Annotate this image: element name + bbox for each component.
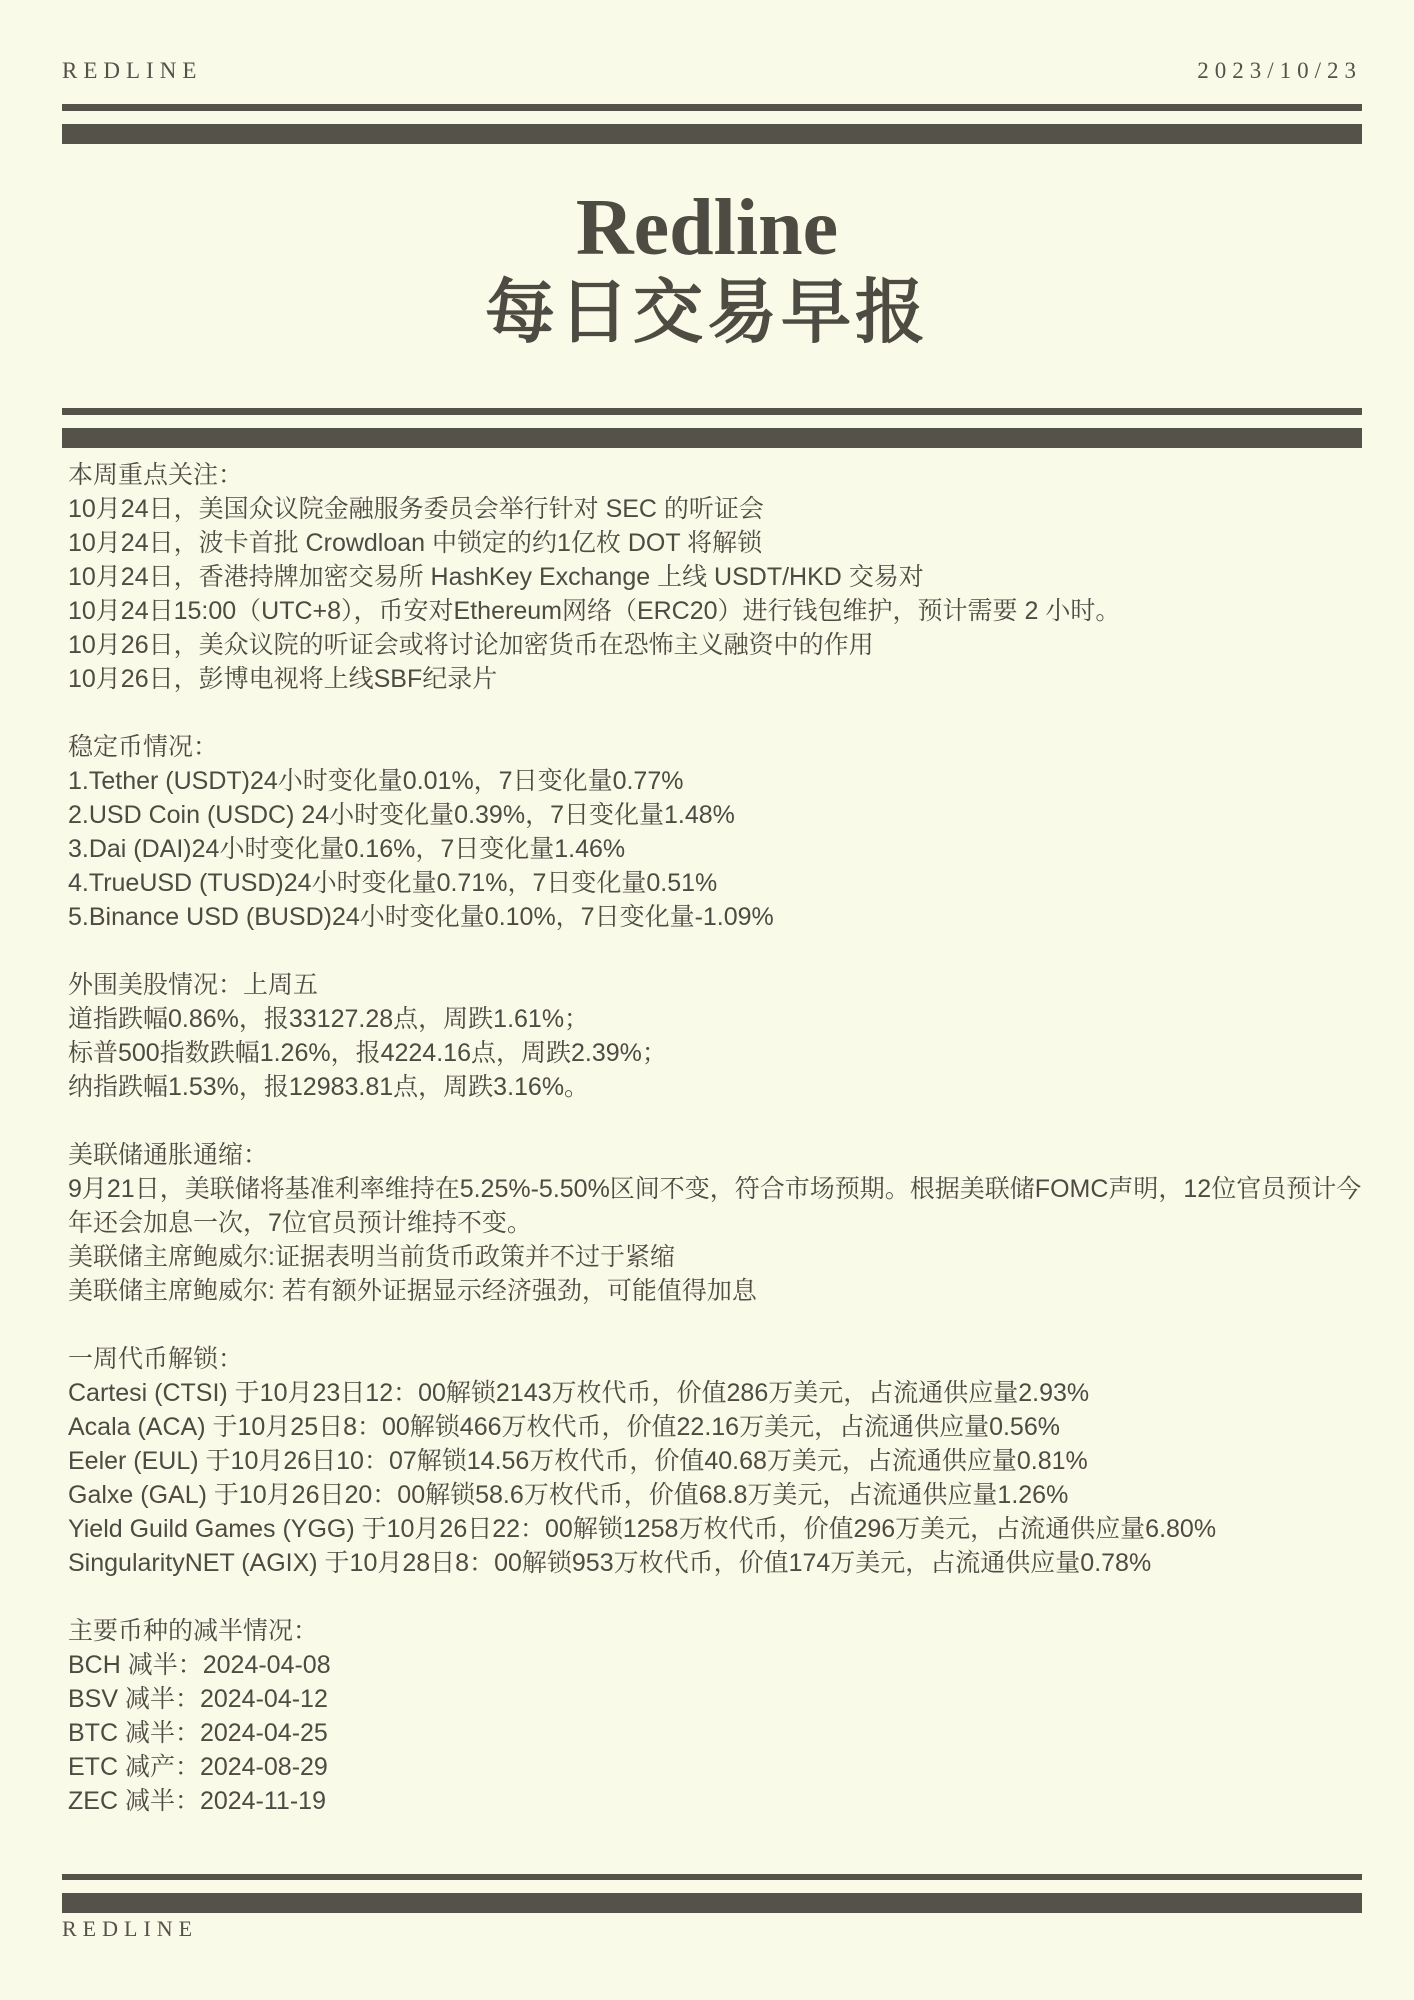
body-line: 10月24日，波卡首批 Crowdloan 中锁定的约1亿枚 DOT 将解锁 — [68, 526, 1362, 560]
body-line: Galxe (GAL) 于10月26日20：00解锁58.6万枚代币，价值68.… — [68, 1478, 1362, 1512]
title-block: Redline 每日交易早报 — [0, 186, 1414, 354]
body-line: 标普500指数跌幅1.26%，报4224.16点，周跌2.39%； — [68, 1036, 1362, 1070]
body-line: 5.Binance USD (BUSD)24小时变化量0.10%，7日变化量-1… — [68, 900, 1362, 934]
body-line: 道指跌幅0.86%，报33127.28点，周跌1.61%； — [68, 1002, 1362, 1036]
section-heading: 主要币种的减半情况： — [68, 1614, 1362, 1648]
divider-bar-thick-top — [62, 124, 1362, 144]
body-line: ETC 减产：2024-08-29 — [68, 1750, 1362, 1784]
body-line: BCH 减半：2024-04-08 — [68, 1648, 1362, 1682]
page-title: Redline — [0, 186, 1414, 270]
body-line: 10月24日15:00（UTC+8），币安对Ethereum网络（ERC20）进… — [68, 594, 1362, 628]
report-section: 美联储通胀通缩：9月21日，美联储将基准利率维持在5.25%-5.50%区间不变… — [68, 1138, 1362, 1308]
divider-bar-thin-top — [62, 104, 1362, 111]
body-line: Acala (ACA) 于10月25日8：00解锁466万枚代币，价值22.16… — [68, 1410, 1362, 1444]
body-line: SingularityNET (AGIX) 于10月28日8：00解锁953万枚… — [68, 1546, 1362, 1580]
section-heading: 美联储通胀通缩： — [68, 1138, 1362, 1172]
issue-date: 2023/10/23 — [1197, 58, 1362, 84]
report-section: 一周代币解锁：Cartesi (CTSI) 于10月23日12：00解锁2143… — [68, 1342, 1362, 1580]
footer-brand: REDLINE — [62, 1916, 198, 1941]
body-line: BSV 减半：2024-04-12 — [68, 1682, 1362, 1716]
body-line: 1.Tether (USDT)24小时变化量0.01%，7日变化量0.77% — [68, 764, 1362, 798]
brand-masthead: REDLINE — [62, 58, 202, 84]
body-line: 美联储主席鲍威尔:证据表明当前货币政策并不过于紧缩 — [68, 1240, 1362, 1274]
divider-bar-thin-bottom — [62, 1874, 1362, 1880]
body-line: BTC 减半：2024-04-25 — [68, 1716, 1362, 1750]
divider-bar-thin-upper — [62, 408, 1362, 415]
report-section: 主要币种的减半情况：BCH 减半：2024-04-08BSV 减半：2024-0… — [68, 1614, 1362, 1818]
page-subtitle: 每日交易早报 — [0, 270, 1414, 354]
body-line: 10月24日，香港持牌加密交易所 HashKey Exchange 上线 USD… — [68, 560, 1362, 594]
report-page: REDLINE 2023/10/23 Redline 每日交易早报 本周重点关注… — [0, 0, 1414, 2000]
body-line: Cartesi (CTSI) 于10月23日12：00解锁2143万枚代币，价值… — [68, 1376, 1362, 1410]
body-line: 纳指跌幅1.53%，报12983.81点，周跌3.16%。 — [68, 1070, 1362, 1104]
body-line: 10月24日，美国众议院金融服务委员会举行针对 SEC 的听证会 — [68, 492, 1362, 526]
section-heading: 稳定币情况： — [68, 730, 1362, 764]
body-line: 10月26日，彭博电视将上线SBF纪录片 — [68, 662, 1362, 696]
body-line: 10月26日，美众议院的听证会或将讨论加密货币在恐怖主义融资中的作用 — [68, 628, 1362, 662]
divider-bar-thick-bottom — [62, 1893, 1362, 1913]
section-heading: 本周重点关注： — [68, 458, 1362, 492]
body-line: 3.Dai (DAI)24小时变化量0.16%，7日变化量1.46% — [68, 832, 1362, 866]
body-line: 4.TrueUSD (TUSD)24小时变化量0.71%，7日变化量0.51% — [68, 866, 1362, 900]
body-line: 9月21日，美联储将基准利率维持在5.25%-5.50%区间不变，符合市场预期。… — [68, 1172, 1362, 1240]
body-line: Eeler (EUL) 于10月26日10：07解锁14.56万枚代币，价值40… — [68, 1444, 1362, 1478]
report-section: 本周重点关注：10月24日，美国众议院金融服务委员会举行针对 SEC 的听证会1… — [68, 458, 1362, 696]
body-line: ZEC 减半：2024-11-19 — [68, 1784, 1362, 1818]
body-line: 2.USD Coin (USDC) 24小时变化量0.39%，7日变化量1.48… — [68, 798, 1362, 832]
report-body: 本周重点关注：10月24日，美国众议院金融服务委员会举行针对 SEC 的听证会1… — [68, 458, 1362, 1818]
section-heading: 一周代币解锁： — [68, 1342, 1362, 1376]
divider-bar-thick-upper — [62, 428, 1362, 448]
report-section: 稳定币情况：1.Tether (USDT)24小时变化量0.01%，7日变化量0… — [68, 730, 1362, 934]
report-section: 外围美股情况：上周五道指跌幅0.86%，报33127.28点，周跌1.61%；标… — [68, 968, 1362, 1104]
body-line: Yield Guild Games (YGG) 于10月26日22：00解锁12… — [68, 1512, 1362, 1546]
masthead: REDLINE 2023/10/23 — [62, 58, 1362, 84]
section-heading: 外围美股情况：上周五 — [68, 968, 1362, 1002]
footer: REDLINE — [62, 1916, 198, 1942]
body-line: 美联储主席鲍威尔: 若有额外证据显示经济强劲，可能值得加息 — [68, 1274, 1362, 1308]
